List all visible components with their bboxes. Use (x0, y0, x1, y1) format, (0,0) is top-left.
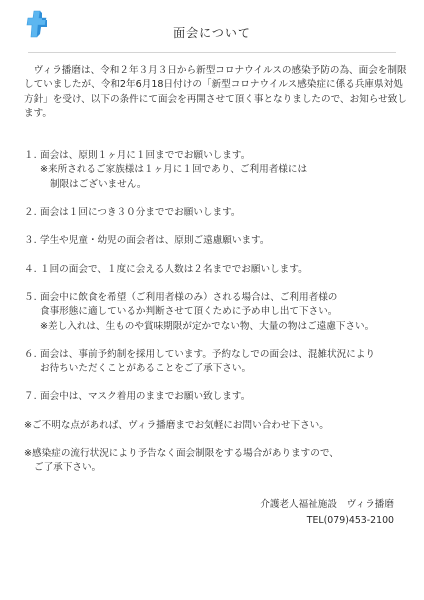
divider (28, 52, 396, 53)
rule-item-4: ４.１回の面会で、１度に会える人数は２名まででお願いします。 (24, 263, 408, 277)
rule-item-1-note: ※来所されるご家族様は１ヶ月に１回であり、ご利用者様には (24, 163, 408, 177)
rule-item-5-note: ※差し入れは、生ものや賞味期限が定かでない物、大量の物はご遠慮下さい。 (24, 320, 408, 334)
rule-item-6-cont: お待ちいただくことがあることをご了承下さい。 (24, 362, 408, 376)
intro-paragraph: ヴィラ播磨は、令和２年３月３日から新型コロナウイルスの感染予防の為、面会を制限し… (24, 64, 408, 121)
rule-item-7: ７.面会中は、マスク着用のままでお願い致します。 (24, 390, 408, 404)
rule-item-1-note-cont: 制限はございません。 (24, 178, 408, 192)
notice-body: ヴィラ播磨は、令和２年３月３日から新型コロナウイルスの感染予防の為、面会を制限し… (24, 64, 408, 476)
rule-item-3: ３.学生や児童・幼児の面会者は、原則ご遠慮願います。 (24, 234, 408, 248)
rule-item-2: ２.面会は１回につき３０分まででお願いします。 (24, 206, 408, 220)
organization-name: 介護老人福祉施設 ヴィラ播磨 (260, 497, 394, 513)
signature-block: 介護老人福祉施設 ヴィラ播磨 TEL(079)453-2100 (260, 497, 394, 529)
phone-number: TEL(079)453-2100 (260, 513, 394, 529)
rule-item-6: ６.面会は、事前予約制を採用しています。予約なしでの面会は、混雑状況により (24, 348, 408, 362)
rule-item-5: ５.面会中に飲食を希望（ご利用者様のみ）される場合は、ご利用者様の (24, 291, 408, 305)
restriction-note-cont: ご了承下さい。 (24, 461, 408, 475)
page-title: 面会について (0, 24, 424, 41)
rule-item-1: １.面会は、原則１ヶ月に１回まででお願いします。 (24, 149, 408, 163)
restriction-note: ※感染症の流行状況により予告なく面会制限をする場合がありますので、 (24, 447, 408, 461)
rule-item-5-cont: 食事形態に適しているか判断させて頂くために予め申し出て下さい。 (24, 305, 408, 319)
contact-note: ※ご不明な点があれば、ヴィラ播磨までお気軽にお問い合わせ下さい。 (24, 419, 408, 433)
